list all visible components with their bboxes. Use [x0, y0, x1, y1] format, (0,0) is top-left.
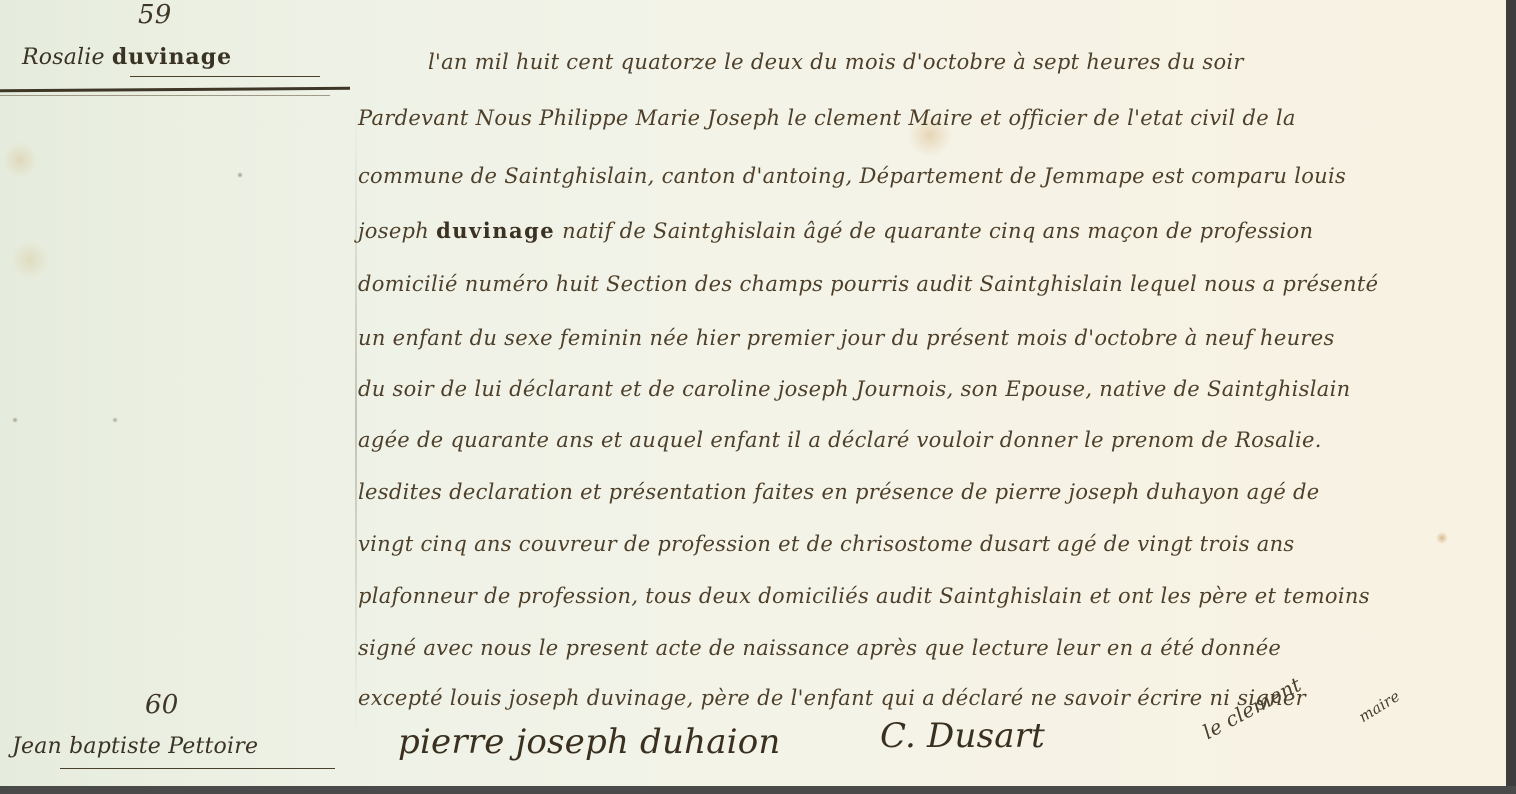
record-line-4: joseph duvinage natif de Saintghislain â…: [358, 218, 1313, 243]
signature-witness-2: C. Dusart: [880, 716, 1045, 756]
scan-border-right: [1506, 0, 1516, 794]
record-line-12: signé avec nous le present acte de naiss…: [358, 636, 1281, 660]
record-line-13: excepté louis joseph duvinage, père de l…: [358, 686, 1306, 710]
margin-rule: [0, 87, 350, 92]
margin-rule-secondary: [0, 95, 330, 96]
record-line-3: commune de Saintghislain, canton d'antoi…: [358, 164, 1346, 188]
father-surname: duvinage: [436, 218, 555, 243]
margin-name-underline: [60, 768, 335, 769]
margin-name-entry-59: Rosalie duvinage: [22, 44, 232, 70]
margin-surname: Pettoire: [168, 734, 258, 759]
margin-surname: duvinage: [112, 44, 232, 70]
scan-border-bottom: [0, 786, 1516, 794]
record-line-5: domicilié numéro huit Section des champs…: [358, 272, 1378, 296]
record-line-9: lesdites declaration et présentation fai…: [358, 480, 1320, 504]
margin-given-name: Rosalie: [22, 45, 105, 70]
margin-name-underline: [130, 76, 320, 77]
register-page: 59 Rosalie duvinage l'an mil huit cent q…: [0, 0, 1506, 786]
record-line-11: plafonneur de profession, tous deux domi…: [358, 584, 1370, 608]
record-line-2: Pardevant Nous Philippe Marie Joseph le …: [358, 106, 1296, 130]
signature-official-title: maire: [1355, 687, 1403, 726]
margin-name-entry-60: Jean baptiste Pettoire: [12, 734, 258, 759]
entry-number-60: 60: [145, 690, 178, 720]
record-line-6: un enfant du sexe feminin née hier premi…: [358, 326, 1335, 350]
record-line-10: vingt cinq ans couvreur de profession et…: [358, 532, 1295, 556]
record-line-1: l'an mil huit cent quatorze le deux du m…: [428, 50, 1244, 74]
record-line-8: agée de quarante ans et auquel enfant il…: [358, 428, 1322, 452]
signature-witness-1: pierre joseph duhaion: [398, 722, 781, 762]
record-line-7: du soir de lui déclarant et de caroline …: [358, 377, 1350, 401]
margin-given-name: Jean baptiste: [12, 734, 161, 759]
page-fold-shadow: [355, 100, 357, 740]
entry-number-59: 59: [138, 0, 171, 30]
